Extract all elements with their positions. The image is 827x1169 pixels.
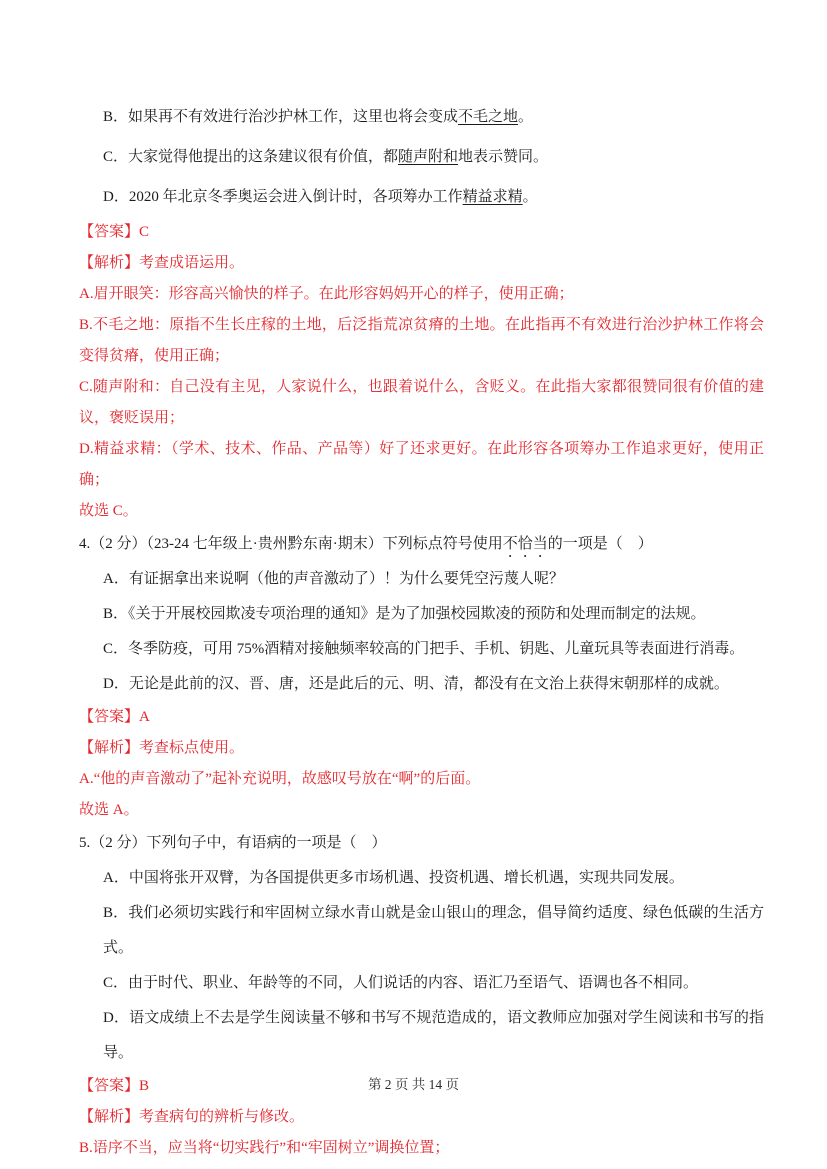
q3-analysis-a: A.眉开眼笑：形容高兴愉快的样子。在此形容妈妈开心的样子，使用正确； bbox=[79, 279, 764, 310]
q3-option-d: D．2020 年北京冬季奥运会进入倒计时，各项筹办工作精益求精。 bbox=[79, 177, 764, 217]
q3-analysis-b: B.不毛之地：原指不生长庄稼的土地，后泛指荒凉贫瘠的土地。在此指再不有效进行治沙… bbox=[79, 310, 764, 372]
q3-analysis-c: C.随声附和：自己没有主见，人家说什么，也跟着说什么，含贬义。在此指大家都很赞同… bbox=[79, 372, 764, 434]
document-page: B．如果再不有效进行治沙护林工作，这里也将会变成不毛之地。C．大家觉得他提出的这… bbox=[0, 0, 827, 1169]
q3-analysis-d: D.精益求精：（学术、技术、作品、产品等）好了还求更好。在此形容各项筹办工作追求… bbox=[79, 434, 764, 496]
q4-answer: 【答案】A bbox=[79, 702, 764, 733]
q5-option-d: D．语文成绩上不去是学生阅读量不够和书写不规范造成的，语文教师应加强对学生阅读和… bbox=[79, 1001, 764, 1071]
q3-option-c: C．大家觉得他提出的这条建议很有价值，都随声附和地表示赞同。 bbox=[79, 137, 764, 177]
q3-answer: 【答案】C bbox=[79, 217, 764, 248]
q5-option-a: A．中国将张开双臂，为各国提供更多市场机遇、投资机遇、增长机遇，实现共同发展。 bbox=[79, 861, 764, 896]
q4-option-a: A．有证据拿出来说啊（他的声音激动了）！为什么要凭空污蔑人呢？ bbox=[79, 562, 764, 597]
q5-analysis-intro: 【解析】考查病句的辨析与修改。 bbox=[79, 1102, 764, 1133]
q3-analysis-intro: 【解析】考查成语运用。 bbox=[79, 248, 764, 279]
q4-option-c: C．冬季防疫，可用 75%酒精对接触频率较高的门把手、手机、钥匙、儿童玩具等表面… bbox=[79, 632, 764, 667]
q4-stem: 4.（2 分）（23-24 七年级上·贵州黔东南·期末）下列标点符号使用不恰当的… bbox=[79, 527, 764, 562]
q4-analysis-intro: 【解析】考查标点使用。 bbox=[79, 733, 764, 764]
q4-analysis-a: A.“他的声音激动了”起补充说明，故感叹号放在“啊”的后面。 bbox=[79, 764, 764, 795]
q5-option-c: C．由于时代、职业、年龄等的不同，人们说话的内容、语汇乃至语气、语调也各不相同。 bbox=[79, 966, 764, 1001]
page-number-footer: 第 2 页 共 14 页 bbox=[0, 1070, 827, 1100]
document-body: B．如果再不有效进行治沙护林工作，这里也将会变成不毛之地。C．大家觉得他提出的这… bbox=[79, 97, 764, 1164]
q5-option-b: B．我们必须切实践行和牢固树立绿水青山就是金山银山的理念，倡导简约适度、绿色低碳… bbox=[79, 896, 764, 966]
q4-option-d: D．无论是此前的汉、晋、唐，还是此后的元、明、清，都没有在文治上获得宋朝那样的成… bbox=[79, 667, 764, 702]
q3-conclusion: 故选 C。 bbox=[79, 496, 764, 527]
q5-analysis-b: B.语序不当，应当将“切实践行”和“牢固树立”调换位置； bbox=[79, 1133, 764, 1164]
q4-conclusion: 故选 A。 bbox=[79, 795, 764, 826]
q5-stem: 5.（2 分）下列句子中，有语病的一项是（ ） bbox=[79, 826, 764, 861]
q4-option-b: B．《关于开展校园欺凌专项治理的通知》是为了加强校园欺凌的预防和处理而制定的法规… bbox=[79, 597, 764, 632]
q3-option-b: B．如果再不有效进行治沙护林工作，这里也将会变成不毛之地。 bbox=[79, 97, 764, 137]
